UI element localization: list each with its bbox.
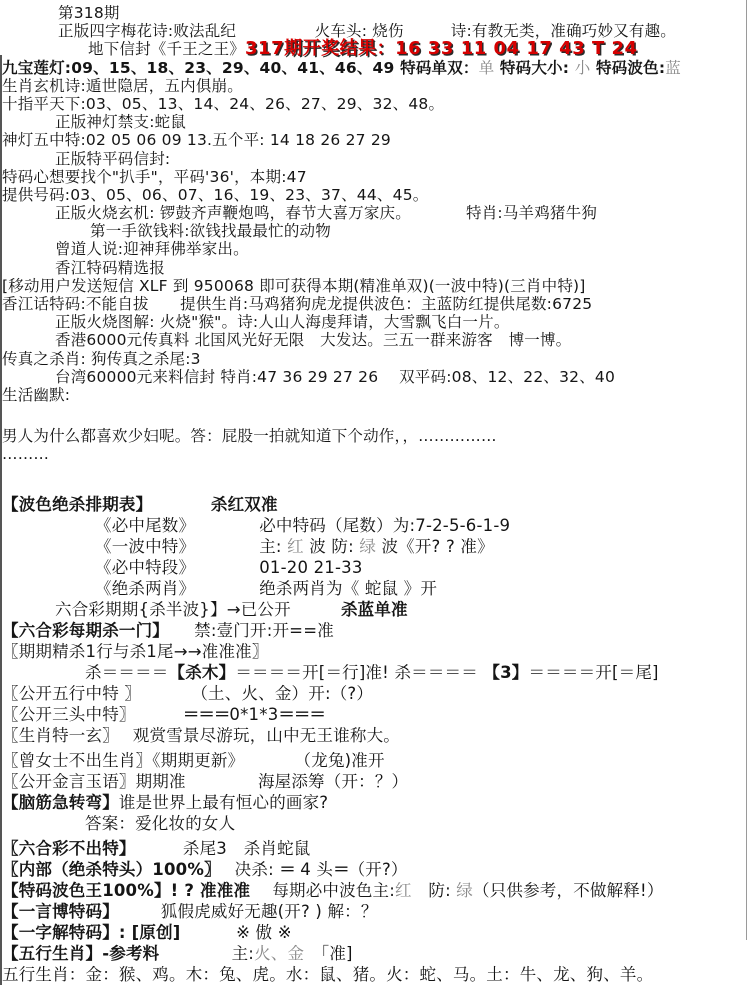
golden-words-line: 〖公开金言玉语〗期期准 海屋添筹（开：？） <box>0 771 748 792</box>
text-segment: 六合彩期期{杀半波}】→已公开 <box>55 600 291 619</box>
text-segment: 香江特码精选报 <box>55 259 165 277</box>
text-segment: 红 <box>395 881 412 900</box>
lamp-forbidden-line: 正版神灯禁支:蛇鼠 <box>0 113 748 131</box>
text-segment: ……… <box>2 445 49 463</box>
text-segment: [移动用户发送短信 XLF 到 950068 即可获得本期(精准单双)(一波中特… <box>2 277 586 295</box>
text-segment: ＝＝＝＝开[＝行]准! 杀＝＝＝＝ <box>235 663 483 682</box>
kill-wood-line: 杀＝＝＝＝【杀木】＝＝＝＝开[＝行]准! 杀＝＝＝＝ 【3】＝＝＝＝开[＝尾] <box>0 662 748 683</box>
text-segment: 〖期期精杀1行与杀1尾→→准准准〗 <box>2 642 269 661</box>
text-segment: 每期必中波色主: <box>250 881 395 900</box>
text-segment: 【脑筋急转弯】 <box>2 793 119 812</box>
text-segment: 蓝 <box>665 59 681 77</box>
text-segment: 【波色绝杀排期表】 <box>2 495 144 514</box>
xiangjiang-special-line: 香江话特码:不能自拔 提供生肖:马鸡猪狗虎龙提供波色：主蓝防红提供尾数:6725 <box>0 295 748 313</box>
text-segment: 《一波中特》 主: <box>95 537 287 556</box>
five-elements-special-line: 〖公开五行中特 〗 （土、火、金）开:（?） <box>0 683 748 704</box>
lamp-five-special-line: 神灯五中特:02 05 06 09 13.五个平: 14 18 26 27 29 <box>0 131 748 149</box>
money-seeking-line: 第一手欲钱料:欲钱找最最忙的动物 <box>0 222 748 240</box>
kill-half-wave-line: 六合彩期期{杀半波}】→已公开 杀蓝单准 <box>0 599 748 620</box>
text-segment: （土、火、金）开:（?） <box>133 684 373 703</box>
text-segment: 十指平天下:03、05、13、14、24、26、27、29、32、48。 <box>2 95 444 113</box>
text-segment: 正版特平码信封: <box>55 150 170 168</box>
internal-kill-head-line: 〖内部（绝杀特头）100%〗 决杀: ＝ 4 头＝（开?） <box>0 859 748 880</box>
text-segment: 男人为什么都喜欢少妇呢。答：屁股一拍就知道下个动作，，…………… <box>2 427 497 445</box>
humor-ellipsis-line: ……… <box>0 445 748 463</box>
text-segment: 生肖玄机诗:遁世隐居，五内俱崩。 <box>2 77 243 95</box>
draw-result-text: 317期开奖结果：16 33 11 04 17 43 T 24 <box>245 38 638 59</box>
sms-notice-line: [移动用户发送短信 XLF 到 950068 即可获得本期(精准单双)(一波中特… <box>0 277 748 295</box>
text-segment: 《必中特段》 01-20 21-33 <box>95 558 363 577</box>
precise-kill-line: 〖期期精杀1行与杀1尾→→准准准〗 <box>0 641 748 662</box>
hk-fax-line: 香港6000元传真料 北国风光好无限 大发达。三五一群来游客 博一博。 <box>0 331 748 349</box>
provided-numbers-line: 提供号码:03、05、06、07、16、19、23、37、44、45。 <box>0 186 748 204</box>
one-wave-special-line: 《一波中特》 主: 红 波 防: 绿 波《开? ? 准》 <box>0 536 748 557</box>
text-segment: 特码大小: <box>494 59 574 77</box>
wave-color-king-line: 【特码波色王100%】! ? 准准准 每期必中波色主:红 防: 绿（只供参考，不… <box>0 880 748 901</box>
text-segment <box>127 705 183 724</box>
text-segment: 波 防: <box>304 537 360 556</box>
special-code-hint-line: 特码心想要找个"扒手"，平码'36'，本期:47 <box>0 168 748 186</box>
text-segment: 第318期 <box>58 4 120 22</box>
text-segment: 〖公开金言玉语〗期期准 <box>2 772 186 791</box>
zodiac-mystery-line: 〖生肖特一玄〗 观赏雪景尽游玩，山中无王谁称大。 <box>0 725 748 746</box>
brain-teaser-question: 【脑筋急转弯】谁是世界上最有恒心的画家? <box>0 792 748 813</box>
text-segment: 杀红双准 <box>211 495 278 514</box>
brain-teaser-answer: 答案：爱化妆的女人 <box>0 813 748 834</box>
text-segment: 0*1*3 <box>229 705 278 724</box>
text-segment: 绿 <box>456 881 473 900</box>
text-segment: 曾道人说:迎神拜佛举家出。 <box>55 240 249 258</box>
text-segment: 禁:壹门开:开==准 <box>161 621 334 640</box>
text-segment: 波《开? ? 准》 <box>376 537 494 556</box>
kill-two-zodiac-line: 《绝杀两肖》 绝杀两肖为《 蛇鼠 》开 <box>0 578 748 599</box>
text-segment: 「准] <box>304 944 353 963</box>
text-segment: 香港6000元传真料 北国风光好无限 大发达。三五一群来游客 博一博。 <box>55 331 571 349</box>
text-segment: 〖六合彩不出特】 <box>2 839 127 858</box>
zodiac-mystery-poem: 生肖玄机诗:遁世隐居，五内俱崩。 <box>0 77 748 95</box>
humor-question-line: 男人为什么都喜欢少妇呢。答：屁股一拍就知道下个动作，，…………… <box>0 427 748 445</box>
text-segment: 狐假虎威好无趣(开? ) 解：？ <box>111 902 378 921</box>
text-segment: ＝ <box>333 860 349 879</box>
text-segment: ＝＝＝ <box>183 705 230 724</box>
text-segment: 台湾60000元来料信封 特肖:47 36 29 27 26 双平码:08、12… <box>55 368 615 386</box>
text-segment: 【3】 <box>483 663 528 682</box>
three-heads-special-line: 〖公开三头中特〗 ＝＝＝0*1*3＝＝＝ <box>0 704 748 725</box>
text-segment: 〖内部（绝杀特头）100%〗 <box>2 860 213 879</box>
five-element-zodiac-ref-line: 【五行生肖】-参考料 主:火、金 「准] <box>0 943 748 964</box>
text-segment: 防: <box>412 881 457 900</box>
zengdaoren-line: 曾道人说:迎神拜佛举家出。 <box>0 240 748 258</box>
must-hit-tails-line: 《必中尾数》 必中特码（尾数）为:7-2-5-6-1-9 <box>0 515 748 536</box>
text-segment: 五行生肖：金：猴、鸡。木：兔、虎。水：鼠、猪。火：蛇、马。土：牛、龙、狗、羊。 <box>2 965 653 984</box>
text-segment: 第一手欲钱料:欲钱找最最忙的动物 <box>90 222 331 240</box>
text-segment: 正版神灯禁支:蛇鼠 <box>55 113 186 131</box>
text-segment: ※ 傲 ※ <box>181 923 292 942</box>
taiwan-envelope-line: 台湾60000元来料信封 特肖:47 36 29 27 26 双平码:08、12… <box>0 368 748 386</box>
one-word-special-line: 【一言博特码】 狐假虎威好无趣(开? ) 解：？ <box>0 901 748 922</box>
fire-diagram-line: 正版火烧图解: 火烧"猴"。诗:人山人海虔拜请，大雪飘飞白一片。 <box>0 313 748 331</box>
text-segment: 〖曾女士不出生肖〗《期期更新》 <box>2 751 236 770</box>
text-segment: 单 <box>479 59 495 77</box>
document-lines: 第318期正版四字梅花诗:败法乱纪 火车头: 烧伤 诗:有教无类，准确巧妙又有趣… <box>0 4 748 985</box>
text-segment <box>291 600 341 619</box>
text-segment: 香江话特码:不能自拔 提供生肖:马鸡猪狗虎龙提供波色：主蓝防红提供尾数:6725 <box>2 295 592 313</box>
text-segment: （开?） <box>349 860 408 879</box>
text-segment: （龙兔)准开 <box>236 751 385 770</box>
text-segment: 传真之杀肖: 狗传真之杀尾:3 <box>2 350 201 368</box>
text-segment: 小 <box>575 59 591 77</box>
text-segment: 地下信封《千王之王》 <box>88 40 245 58</box>
text-segment: 答案：爱化妆的女人 <box>85 814 235 833</box>
must-hit-segment-line: 《必中特段》 01-20 21-33 <box>0 557 748 578</box>
text-segment: 【一言博特码】 <box>2 902 111 921</box>
text-segment: 【五行生肖】-参考料 <box>2 944 159 963</box>
text-segment: 火、金 <box>254 944 304 963</box>
one-char-special-line: 【一字解特码】: [原创] ※ 傲 ※ <box>0 922 748 943</box>
text-segment: 提供号码:03、05、06、07、16、19、23、37、44、45。 <box>2 186 428 204</box>
text-segment: 〖生肖特一玄〗 <box>2 726 111 745</box>
text-segment: ＝ <box>279 860 295 879</box>
life-humor-label: 生活幽默: <box>0 386 748 404</box>
text-segment: 海屋添筹（开：？） <box>186 772 409 791</box>
five-element-zodiac-map-line: 五行生肖：金：猴、鸡。木：兔、虎。水：鼠、猪。火：蛇、马。土：牛、龙、狗、羊。 <box>0 964 748 985</box>
text-segment: 【一字解特码】: [原创] <box>2 923 181 942</box>
text-segment: 【特码波色王100%】! ? 准准准 <box>2 881 250 900</box>
text-segment: ＝＝＝ <box>278 705 325 724</box>
text-segment: 正版火烧玄机: 锣鼓齐声鞭炮鸣，春节大喜万家庆。 特肖:马羊鸡猪牛狗 <box>55 204 597 222</box>
text-segment: 九宝莲灯:09、15、18、23、29、40、41、46、49 特码单双： <box>2 59 479 77</box>
text-segment: 生活幽默: <box>2 386 70 404</box>
text-segment: 正版火烧图解: 火烧"猴"。诗:人山人海虔拜请，大雪飘飞白一片。 <box>55 313 510 331</box>
text-segment: 杀尾3 杀肖蛇鼠 <box>127 839 310 858</box>
text-segment: 【杀木】 <box>169 663 236 682</box>
xiangjiang-report-label: 香江特码精选报 <box>0 259 748 277</box>
text-segment: 绿 <box>359 537 376 556</box>
text-segment: 〖公开三头中特〗 <box>2 705 127 724</box>
text-segment: 《绝杀两肖》 绝杀两肖为《 蛇鼠 》开 <box>95 579 437 598</box>
not-out-special-line: 〖六合彩不出特】 杀尾3 杀肖蛇鼠 <box>0 838 748 859</box>
text-segment: 决杀: <box>213 860 280 879</box>
kill-one-gate-line: 【六合彩每期杀一门】 禁:壹门开:开==准 <box>0 620 748 641</box>
text-segment: 观赏雪景尽游玩，山中无王谁称大。 <box>111 726 400 745</box>
envelope-draw-result: 地下信封《千王之王》317期开奖结果：16 33 11 04 17 43 T 2… <box>0 40 748 58</box>
wave-color-kill-header: 【波色绝杀排期表】 杀红双准 <box>0 494 748 515</box>
issue-number: 第318期 <box>0 4 748 22</box>
fax-kill-line: 传真之杀肖: 狗传真之杀尾:3 <box>0 350 748 368</box>
text-segment: 红 <box>287 537 304 556</box>
special-flat-envelope-label: 正版特平码信封: <box>0 150 748 168</box>
text-segment: 特码波色: <box>590 59 665 77</box>
nine-treasure-lamp-line: 九宝莲灯:09、15、18、23、29、40、41、46、49 特码单双：单 特… <box>0 59 748 77</box>
text-segment: 4 头 <box>295 860 333 879</box>
madam-zeng-line: 〖曾女士不出生肖〗《期期更新》 （龙兔)准开 <box>0 750 748 771</box>
text-segment: （只供参考，不做解释!） <box>473 881 664 900</box>
ten-fingers-line: 十指平天下:03、05、13、14、24、26、27、29、32、48。 <box>0 95 748 113</box>
fire-mystery-line: 正版火烧玄机: 锣鼓齐声鞭炮鸣，春节大喜万家庆。 特肖:马羊鸡猪牛狗 <box>0 204 748 222</box>
text-segment: 杀蓝单准 <box>341 600 408 619</box>
text-segment: 神灯五中特:02 05 06 09 13.五个平: 14 18 26 27 29 <box>2 131 391 149</box>
text-segment: 特码心想要找个"扒手"，平码'36'，本期:47 <box>2 168 307 186</box>
text-segment: 主: <box>159 944 254 963</box>
text-segment: 【六合彩每期杀一门】 <box>2 621 161 640</box>
text-segment: ＝＝＝＝开[＝尾] <box>529 663 659 682</box>
text-segment: 杀＝＝＝＝ <box>85 663 169 682</box>
text-segment: 《必中尾数》 必中特码（尾数）为:7-2-5-6-1-9 <box>95 516 510 535</box>
text-segment: 〖公开五行中特 〗 <box>2 684 133 703</box>
text-segment <box>144 495 211 514</box>
text-segment: 谁是世界上最有恒心的画家? <box>119 793 328 812</box>
